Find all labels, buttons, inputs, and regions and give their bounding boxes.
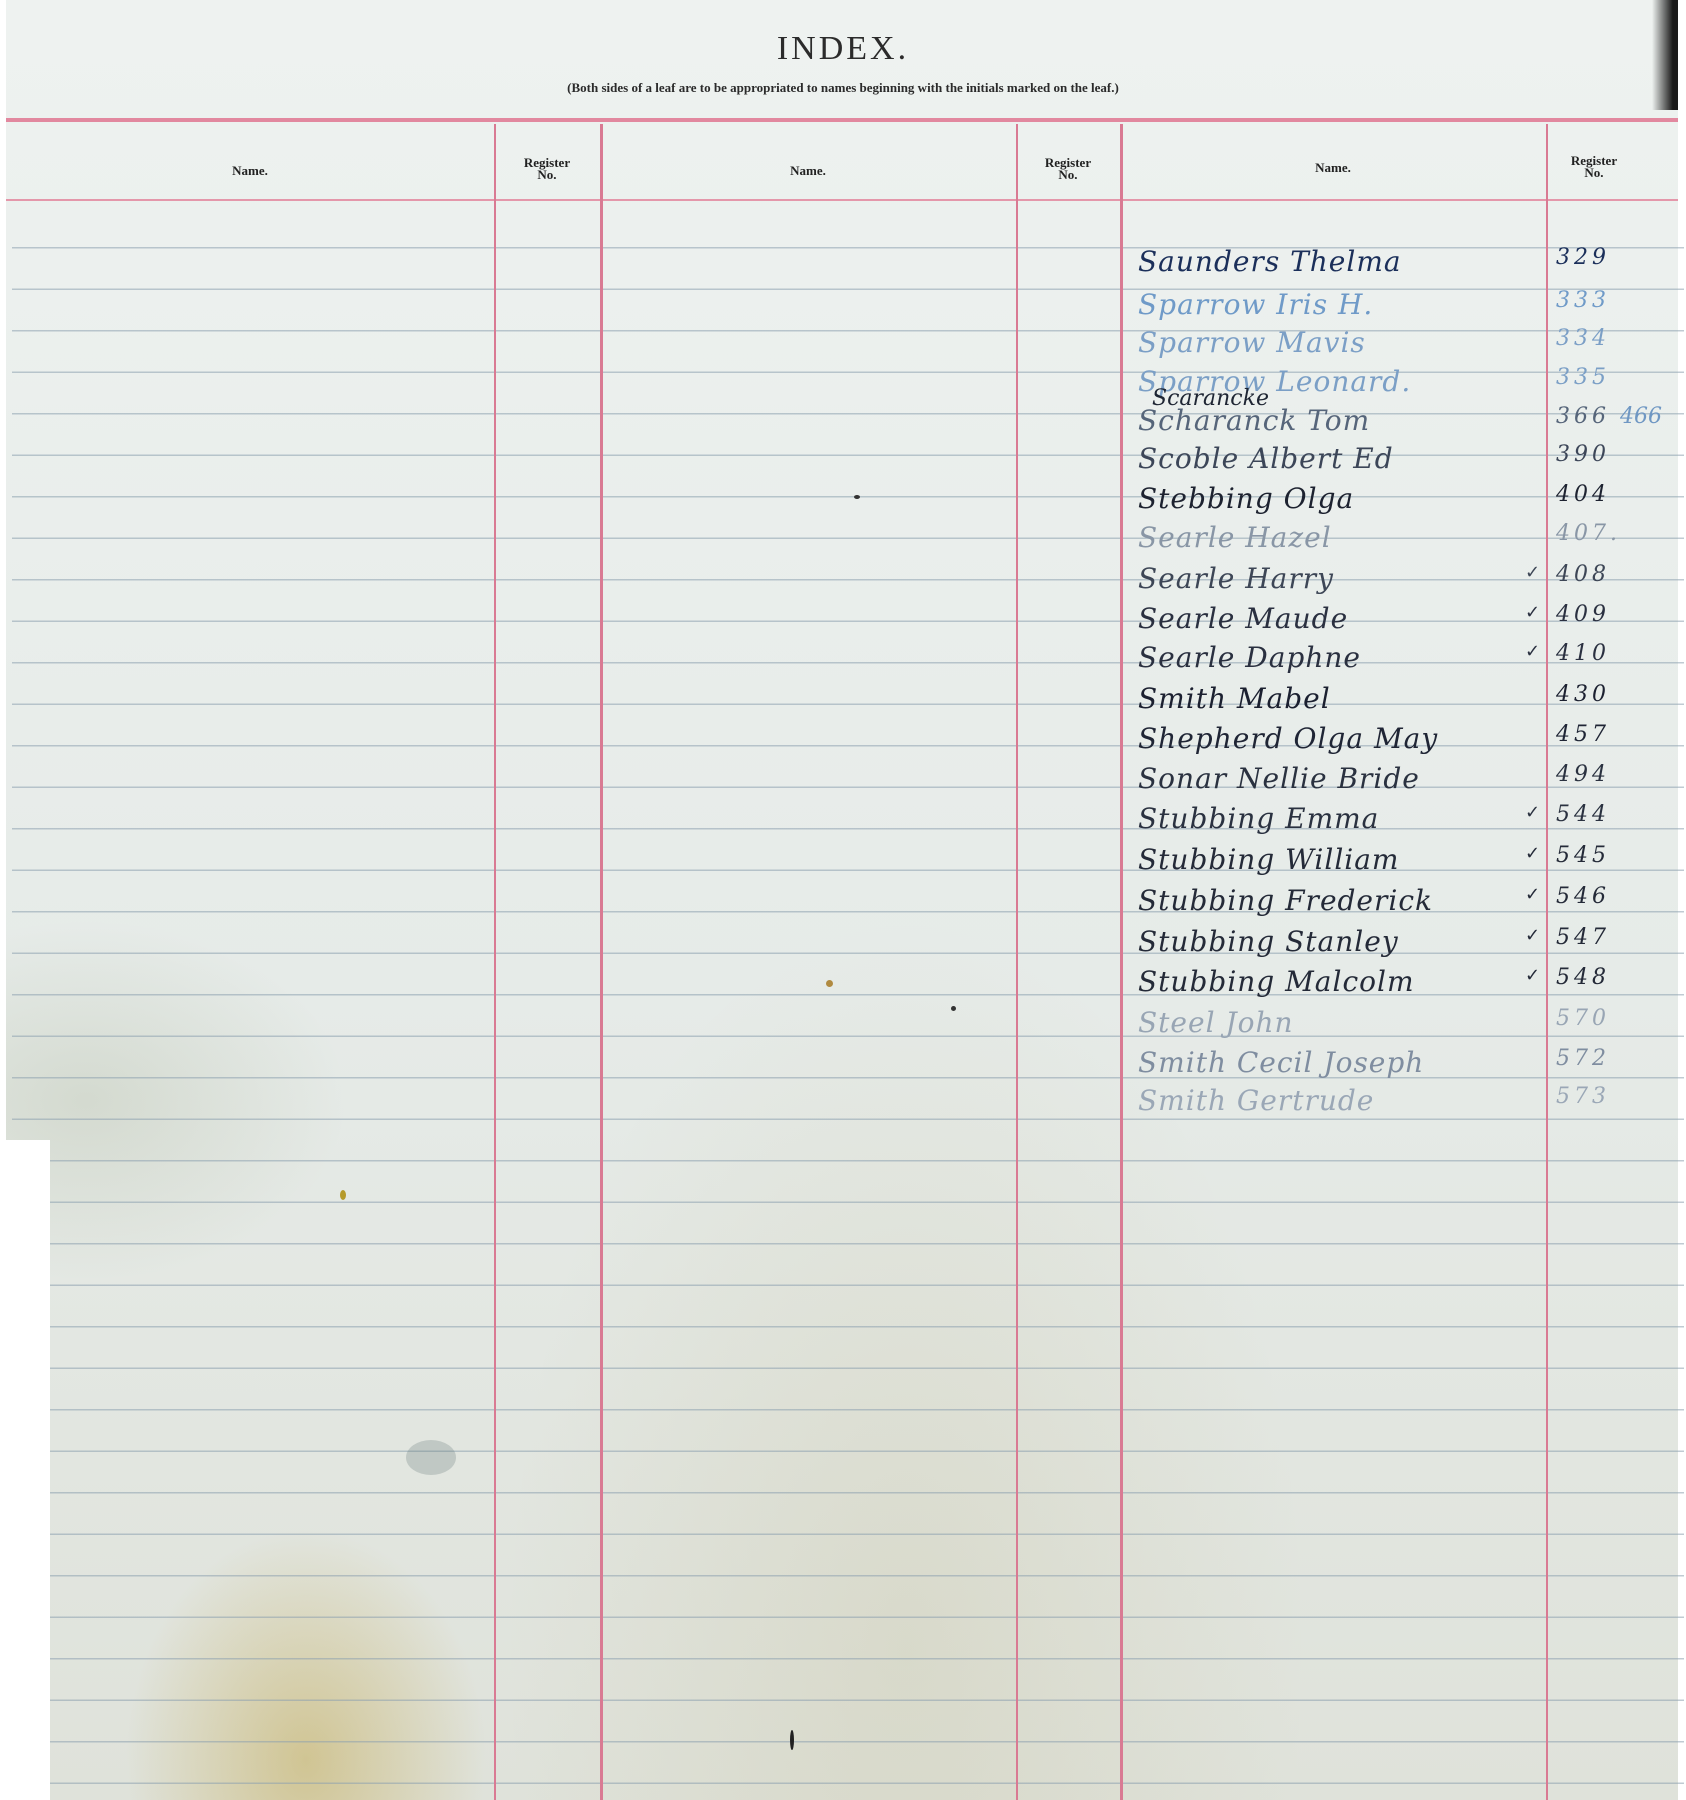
entry-name: Stubbing William <box>1138 843 1538 876</box>
ink-spot <box>826 980 833 987</box>
no-label: No. <box>1016 169 1120 181</box>
column-header-name-1: Name. <box>6 165 494 177</box>
check-mark-icon: ✓ <box>1525 843 1540 864</box>
ink-spot <box>854 495 860 499</box>
entry-name: Stebbing Olga <box>1138 482 1538 515</box>
column-rule <box>1016 124 1018 1800</box>
entry-name: Steel John <box>1138 1006 1538 1039</box>
register-number: 430 <box>1556 682 1610 707</box>
check-mark-icon: ✓ <box>1525 965 1540 986</box>
check-mark-icon: ✓ <box>1525 802 1540 823</box>
water-stain <box>406 1440 456 1475</box>
register-number: 494 <box>1556 762 1610 787</box>
register-number: 572 <box>1556 1046 1610 1071</box>
column-header-name-3: Name. <box>1120 162 1546 174</box>
column-rule <box>600 124 603 1800</box>
entry-name: Searle Maude <box>1138 602 1538 635</box>
column-rule <box>494 124 496 1800</box>
register-number: 333 <box>1556 288 1610 313</box>
entry-name: Sparrow Mavis <box>1138 326 1538 359</box>
check-mark-icon: ✓ <box>1525 602 1540 623</box>
register-number: 545 <box>1556 843 1610 868</box>
entry-name: Searle Hazel <box>1138 521 1538 554</box>
register-number: 390 <box>1556 442 1610 467</box>
no-label: No. <box>494 169 600 181</box>
entry-name: Stubbing Malcolm <box>1138 965 1538 998</box>
entry-name: Smith Gertrude <box>1138 1084 1538 1117</box>
register-number: 408 <box>1556 562 1610 587</box>
entry-name: Stubbing Stanley <box>1138 925 1538 958</box>
column-header-register-1: Register No. <box>494 157 600 181</box>
header-top-rule <box>6 118 1678 122</box>
register-number: 548 <box>1556 965 1610 990</box>
register-number-alt: 466 <box>1620 404 1662 429</box>
entry-name: Sparrow Iris H. <box>1138 288 1538 321</box>
register-number: 329 <box>1556 245 1610 270</box>
entry-name: Scoble Albert Ed <box>1138 442 1538 475</box>
torn-corner <box>6 1140 50 1800</box>
register-number: 547 <box>1556 925 1610 950</box>
register-number: 335 <box>1556 365 1610 390</box>
register-number: 457 <box>1556 722 1610 747</box>
entry-name: Stubbing Emma <box>1138 802 1538 835</box>
column-header-name-2: Name. <box>600 165 1016 177</box>
entry-name: Saunders Thelma <box>1138 245 1538 278</box>
register-number: 334 <box>1556 326 1610 351</box>
ink-spot <box>951 1006 956 1011</box>
entry-name: Smith Mabel <box>1138 682 1538 715</box>
entry-name: Stubbing Frederick <box>1138 884 1538 917</box>
register-number: 573 <box>1556 1084 1610 1109</box>
entry-correction: Scarancke <box>1152 386 1269 411</box>
ink-spot <box>340 1190 346 1200</box>
column-header-register-2: Register No. <box>1016 157 1120 181</box>
register-number: 570 <box>1556 1006 1610 1031</box>
column-rule <box>1546 124 1548 1800</box>
check-mark-icon: ✓ <box>1525 641 1540 662</box>
register-number: 544 <box>1556 802 1610 827</box>
page-title: INDEX. <box>0 30 1686 68</box>
column-rule <box>1120 124 1123 1800</box>
register-number: 404 <box>1556 482 1610 507</box>
register-number: 546 <box>1556 884 1610 909</box>
header-bottom-rule <box>6 199 1678 201</box>
check-mark-icon: ✓ <box>1525 925 1540 946</box>
column-header-register-3: Register No. <box>1546 155 1642 179</box>
entry-name: Shepherd Olga May <box>1138 722 1538 755</box>
entry-name: Searle Harry <box>1138 562 1538 595</box>
register-number: 410 <box>1556 641 1610 666</box>
entry-name: Smith Cecil Joseph <box>1138 1046 1538 1079</box>
page-subtitle: (Both sides of a leaf are to be appropri… <box>0 80 1686 96</box>
ink-spot <box>790 1730 794 1750</box>
entry-name: Searle Daphne <box>1138 641 1538 674</box>
register-number: 409 <box>1556 602 1610 627</box>
check-mark-icon: ✓ <box>1525 562 1540 583</box>
entry-name: Sonar Nellie Bride <box>1138 762 1538 795</box>
no-label: No. <box>1546 167 1642 179</box>
register-number: 366 <box>1556 404 1610 429</box>
register-number: 407. <box>1556 521 1621 546</box>
check-mark-icon: ✓ <box>1525 884 1540 905</box>
